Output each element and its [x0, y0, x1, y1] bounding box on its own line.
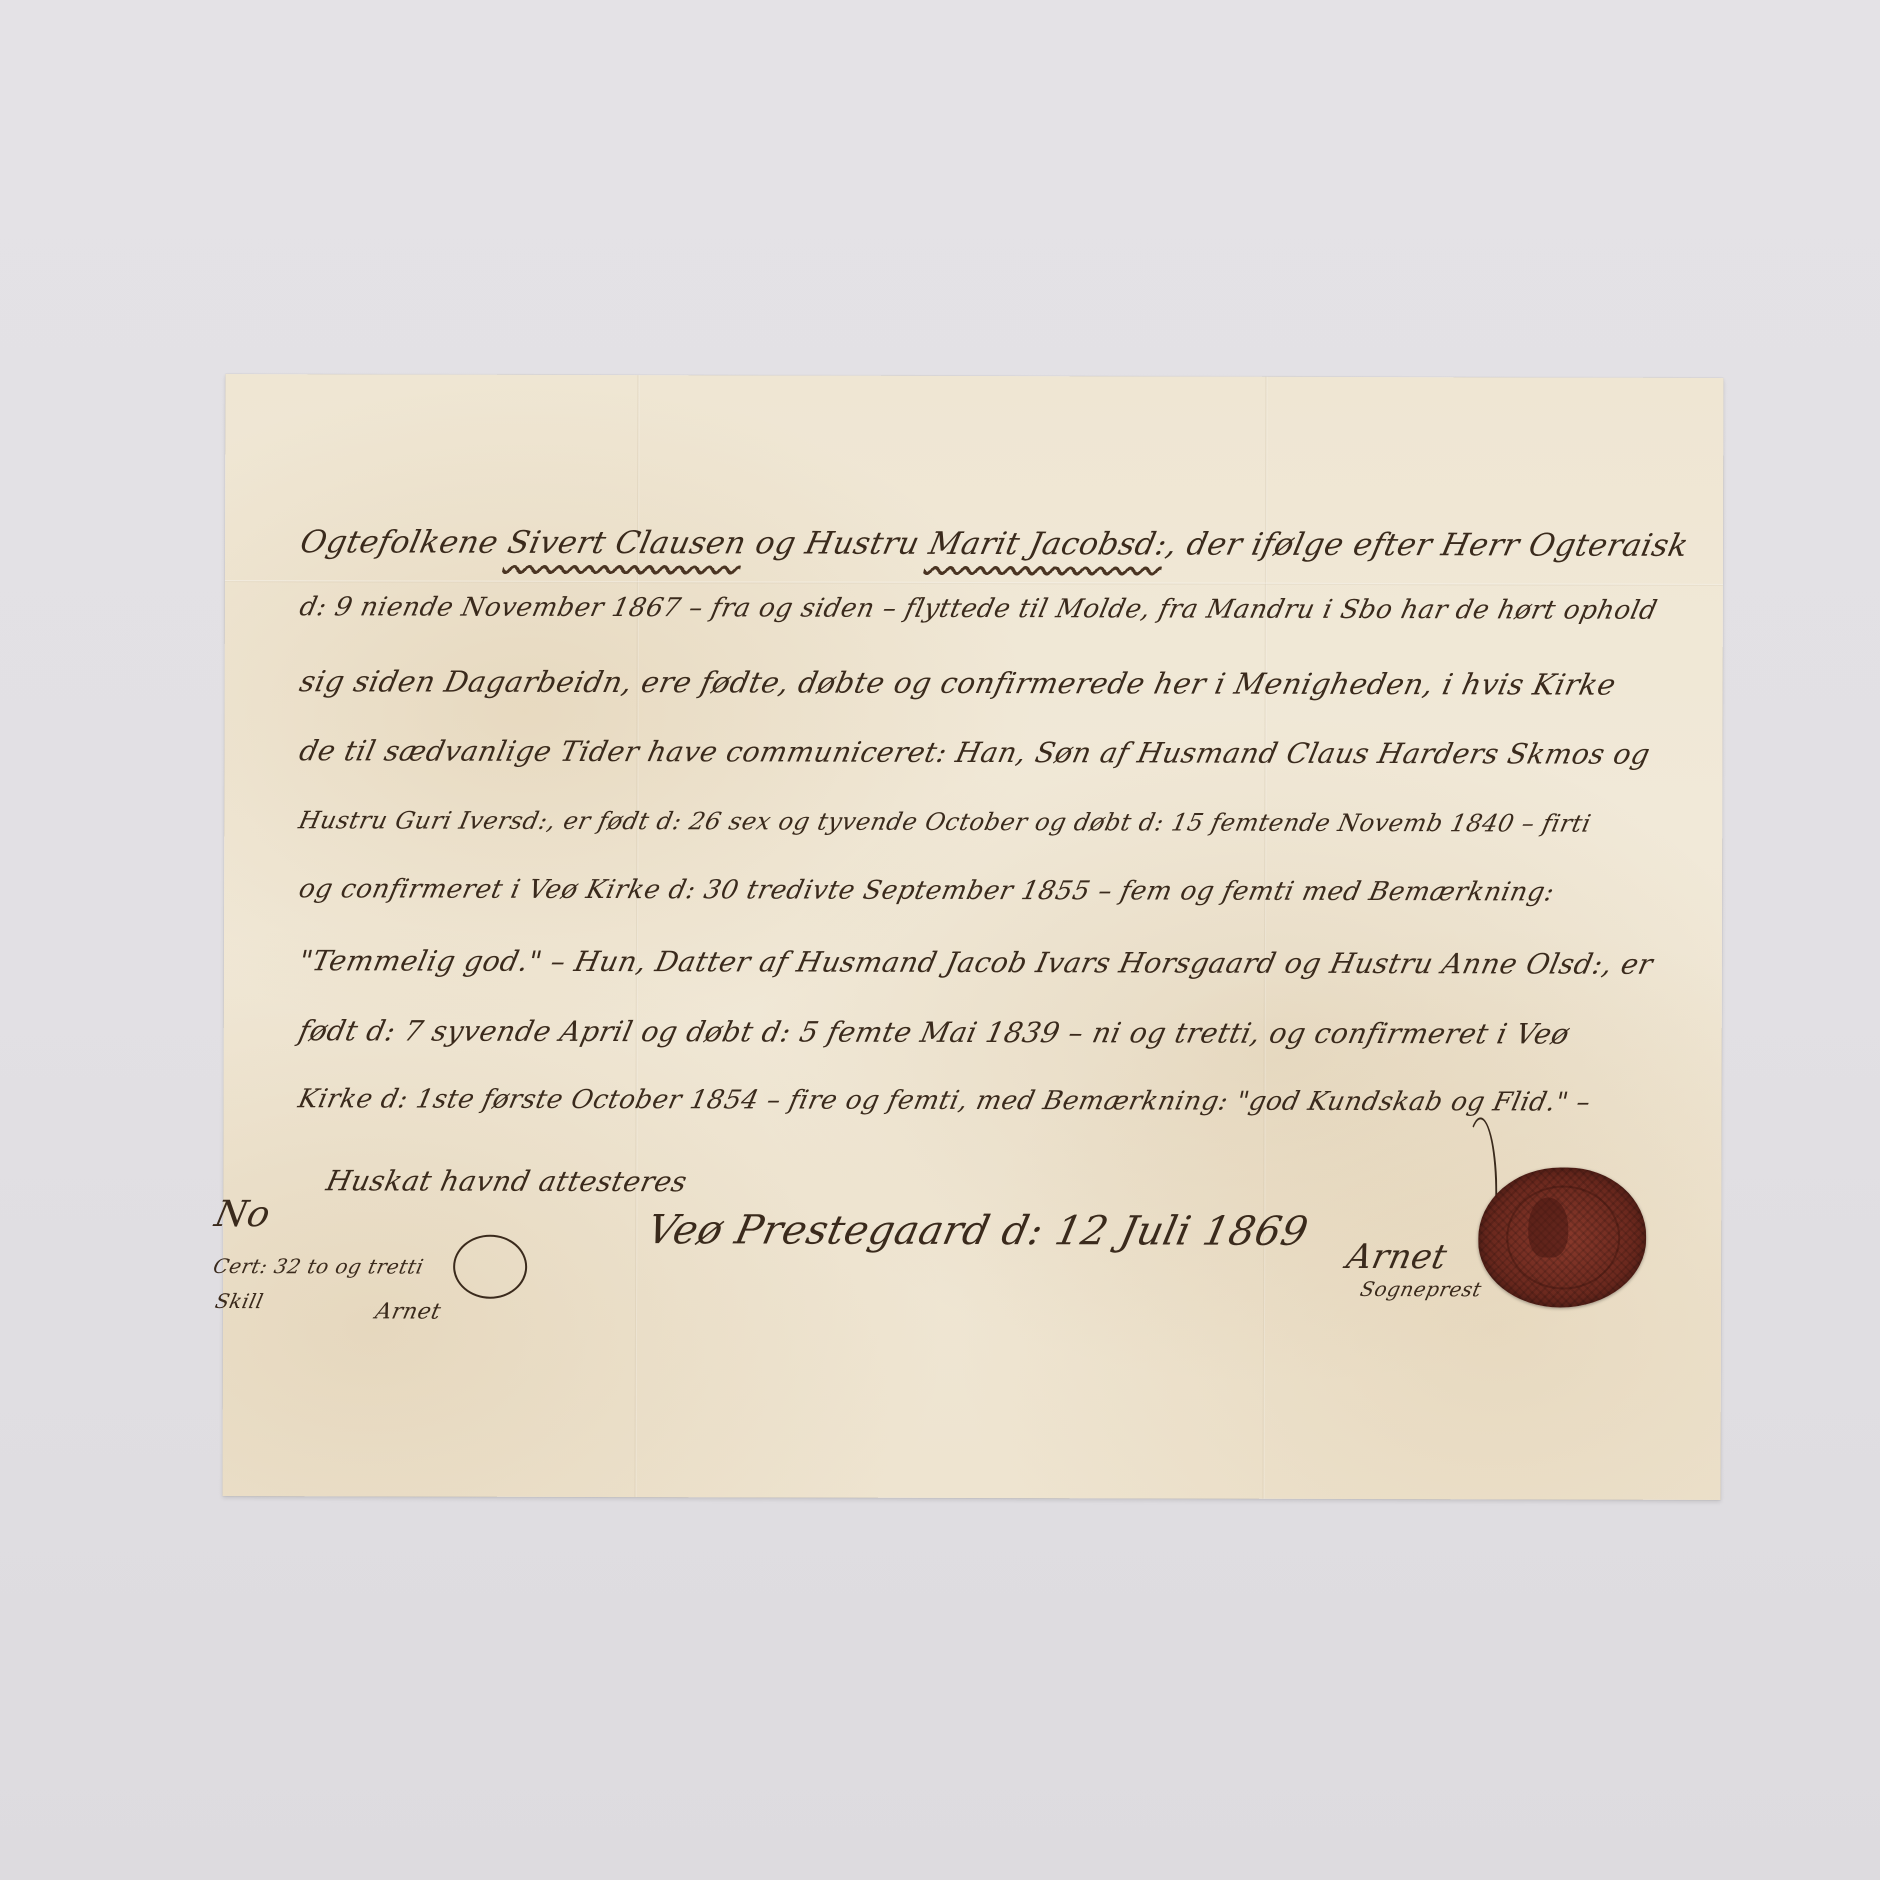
text-line-4: de til sædvanlige Tider have communicere…: [296, 734, 1653, 771]
document-sheet: Ogtefolkene Sivert Clausen og Hustru Mar…: [223, 374, 1724, 1500]
place-date: Veø Prestegaard d: 12 Juli 1869: [643, 1207, 1312, 1255]
margin-note-skill: Skill: [213, 1289, 266, 1313]
fold-crease-horizontal: [225, 580, 1723, 586]
text-line-9: Kirke d: 1ste første October 1854 – fire…: [296, 1084, 1594, 1117]
text-line-7: "Temmelig god." – Hun, Datter af Husmand…: [296, 944, 1656, 981]
signature: Arnet: [1343, 1237, 1451, 1277]
text-line-6: og confirmeret i Veø Kirke d: 30 tredivt…: [296, 874, 1557, 907]
margin-signature-flourish: [453, 1235, 527, 1299]
margin-signature: Arnet: [373, 1299, 443, 1324]
text-line-1: Ogtefolkene Sivert Clausen og Hustru Mar…: [297, 524, 1692, 564]
margin-note-cert: Cert: 32 to og tretti: [211, 1254, 426, 1279]
text-line-5: Hustru Guri Iversd:, er født d: 26 sex o…: [296, 806, 1593, 837]
signature-title: Sogneprest: [1358, 1277, 1484, 1301]
text-line-10: Huskat havnd attesteres: [323, 1164, 690, 1198]
wax-seal: [1478, 1167, 1646, 1307]
seal-bust-emblem: [1528, 1197, 1568, 1257]
margin-note-number: No: [211, 1194, 274, 1235]
text-line-2: d: 9 niende November 1867 – fra og siden…: [297, 592, 1660, 626]
text-line-8: født d: 7 syvende April og døbt d: 5 fem…: [296, 1014, 1573, 1050]
text-line-3: sig siden Dagarbeidn, ere fødte, døbte o…: [297, 664, 1620, 701]
